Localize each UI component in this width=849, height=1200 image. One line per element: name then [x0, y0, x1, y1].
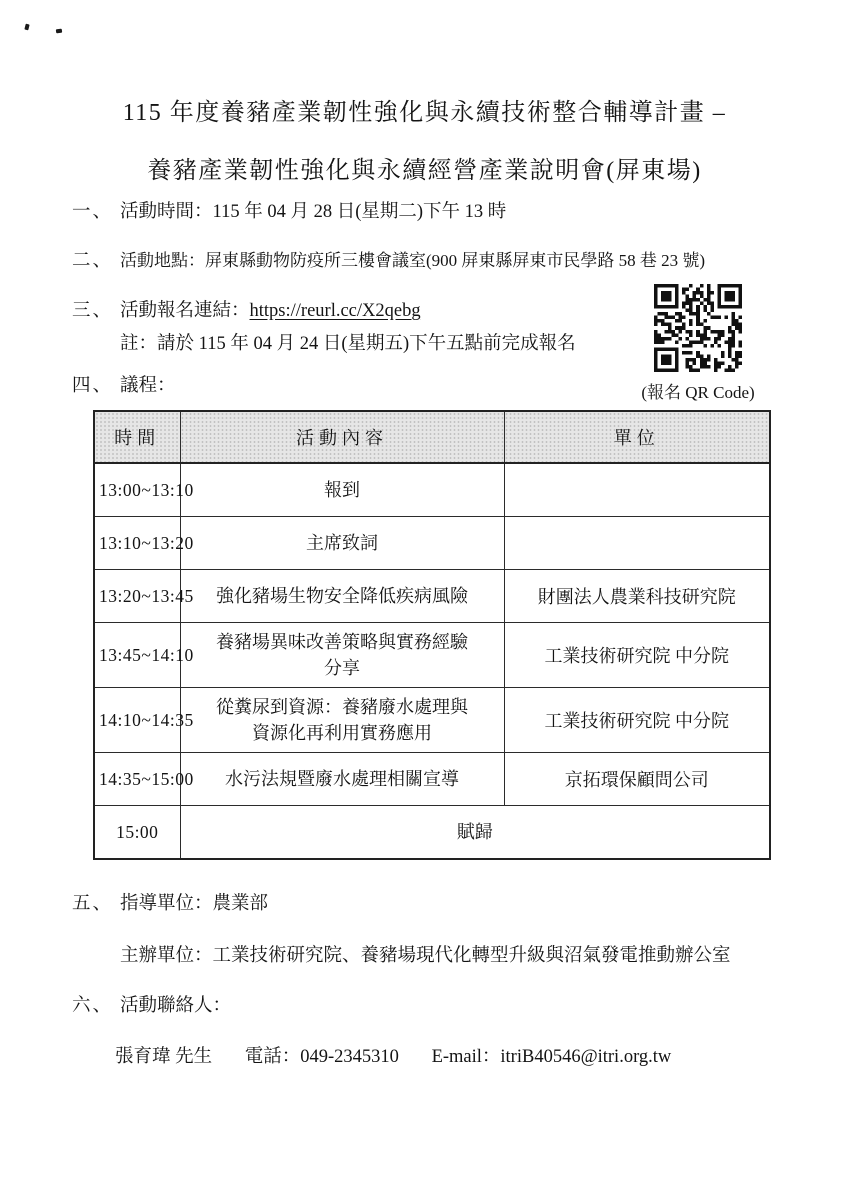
ink-speck — [24, 24, 29, 31]
registration-qr-code — [654, 284, 742, 372]
agenda-time-cell: 15:00 — [94, 806, 180, 860]
document-page: 115 年度養豬產業韌性強化與永續技術整合輔導計畫 – 養豬產業韌性強化與永續經… — [0, 0, 849, 1200]
section-number: 二、 — [72, 246, 120, 272]
agenda-unit-cell: 京拓環保顧問公司 — [504, 753, 770, 806]
registration-note: 註：請於 115 年 04 月 24 日(星期五)下午五點前完成報名 — [120, 329, 576, 355]
agenda-header-time: 時間 — [94, 411, 180, 463]
agenda-content-cell: 主席致詞 — [180, 517, 504, 570]
contact-detail: 張育瑋 先生 電話：049-2345310 E-mail：itriB40546@… — [115, 1042, 671, 1068]
agenda-row: 15:00賦歸 — [94, 806, 770, 860]
agenda-content-cell: 報到 — [180, 463, 504, 517]
agenda-unit-cell: 工業技術研究院 中分院 — [504, 623, 770, 688]
agenda-header-row: 時間 活動內容 單位 — [94, 411, 770, 463]
agenda-row: 13:00~13:10報到 — [94, 463, 770, 517]
section-number: 五、 — [72, 889, 120, 915]
contact-label: 活動聯絡人： — [120, 991, 231, 1017]
agenda-unit-cell: 財團法人農業科技研究院 — [504, 570, 770, 623]
event-time-text: 活動時間：115 年 04 月 28 日(星期二)下午 13 時 — [120, 197, 506, 223]
agenda-unit-cell — [504, 463, 770, 517]
agenda-label: 議程： — [120, 371, 176, 397]
registration-label-text: 活動報名連結： — [120, 301, 250, 321]
agenda-content-cell: 養豬場異味改善策略與實務經驗 分享 — [180, 623, 504, 688]
agenda-unit-cell: 工業技術研究院 中分院 — [504, 688, 770, 753]
agenda-content-cell: 水污法規暨廢水處理相關宣導 — [180, 753, 504, 806]
section-number: 一、 — [72, 197, 120, 223]
registration-qr-block: (報名 QR Code) — [628, 284, 768, 403]
host-text: 主辦單位：工業技術研究院、養豬場現代化轉型升級與沼氣發電推動辦公室 — [120, 941, 731, 967]
registration-link[interactable]: https://reurl.cc/X2qebg — [250, 301, 421, 321]
agenda-time-cell: 13:00~13:10 — [94, 463, 180, 517]
agenda-time-cell: 14:10~14:35 — [94, 688, 180, 753]
agenda-table-body: 13:00~13:10報到13:10~13:20主席致詞13:20~13:45強… — [94, 463, 770, 859]
section-contact: 六、 活動聯絡人： — [72, 991, 231, 1017]
agenda-row: 13:45~14:10養豬場異味改善策略與實務經驗 分享工業技術研究院 中分院 — [94, 623, 770, 688]
contact-phone: 電話：049-2345310 — [245, 1047, 399, 1067]
document-title-line2: 養豬產業韌性強化與永續經營產業說明會(屏東場) — [0, 150, 849, 185]
registration-label: 活動報名連結：https://reurl.cc/X2qebg — [120, 296, 421, 322]
agenda-time-cell: 14:35~15:00 — [94, 753, 180, 806]
agenda-time-cell: 13:45~14:10 — [94, 623, 180, 688]
section-agenda: 四、 議程： — [72, 371, 176, 397]
agenda-row: 13:20~13:45強化豬場生物安全降低疾病風險財團法人農業科技研究院 — [94, 570, 770, 623]
qr-code-caption: (報名 QR Code) — [628, 378, 768, 403]
contact-email: E-mail：itriB40546@itri.org.tw — [432, 1047, 672, 1067]
agenda-header-content: 活動內容 — [180, 411, 504, 463]
document-title-line1: 115 年度養豬產業韌性強化與永續技術整合輔導計畫 – — [0, 92, 849, 127]
section-number: 四、 — [72, 371, 120, 397]
agenda-content-cell: 強化豬場生物安全降低疾病風險 — [180, 570, 504, 623]
agenda-table: 時間 活動內容 單位 13:00~13:10報到13:10~13:20主席致詞1… — [93, 410, 771, 860]
agenda-unit-cell — [504, 517, 770, 570]
ink-speck — [56, 29, 62, 34]
agenda-row: 14:10~14:35從糞尿到資源：養豬廢水處理與 資源化再利用實務應用工業技術… — [94, 688, 770, 753]
agenda-header-unit: 單位 — [504, 411, 770, 463]
section-registration: 三、 活動報名連結：https://reurl.cc/X2qebg — [72, 296, 421, 322]
section-number: 三、 — [72, 296, 120, 322]
agenda-time-cell: 13:10~13:20 — [94, 517, 180, 570]
contact-name: 張育瑋 先生 — [115, 1047, 212, 1067]
agenda-content-cell: 從糞尿到資源：養豬廢水處理與 資源化再利用實務應用 — [180, 688, 504, 753]
agenda-time-cell: 13:20~13:45 — [94, 570, 180, 623]
section-organizers: 五、 指導單位：農業部 — [72, 889, 268, 915]
agenda-row: 13:10~13:20主席致詞 — [94, 517, 770, 570]
advisor-text: 指導單位：農業部 — [120, 889, 268, 915]
event-location-text: 活動地點：屏東縣動物防疫所三樓會議室(900 屏東縣屏東市民學路 58 巷 23… — [120, 246, 705, 272]
agenda-content-cell: 賦歸 — [180, 806, 770, 860]
section-number: 六、 — [72, 991, 120, 1017]
agenda-row: 14:35~15:00水污法規暨廢水處理相關宣導京拓環保顧問公司 — [94, 753, 770, 806]
section-event-time: 一、 活動時間：115 年 04 月 28 日(星期二)下午 13 時 — [72, 197, 506, 223]
section-event-location: 二、 活動地點：屏東縣動物防疫所三樓會議室(900 屏東縣屏東市民學路 58 巷… — [72, 246, 705, 272]
